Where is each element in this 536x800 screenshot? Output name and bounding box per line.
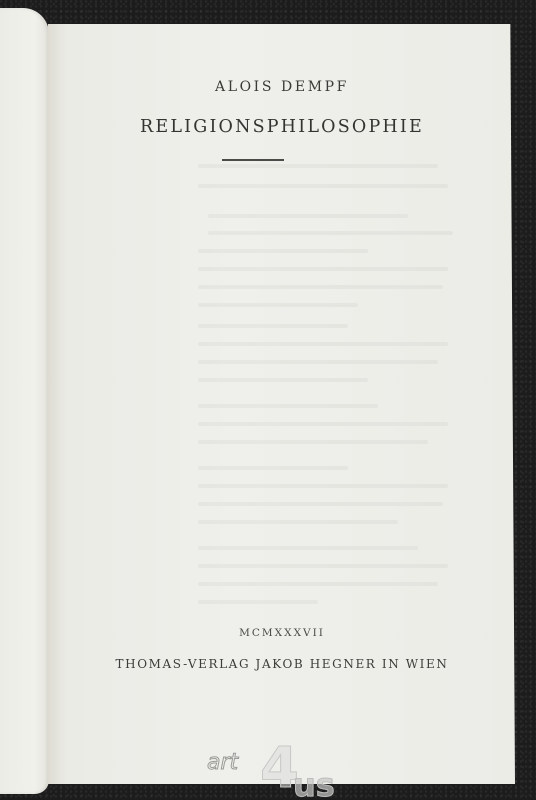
publisher-imprint: THOMAS-VERLAG JAKOB HEGNER IN WIEN bbox=[28, 657, 536, 671]
watermark-us: us bbox=[293, 766, 335, 800]
watermark-art: art bbox=[207, 750, 238, 775]
book-title: RELIGIONSPHILOSOPHIE bbox=[28, 117, 536, 137]
watermark-logo: art 4 us bbox=[205, 742, 335, 800]
publication-year: MCMXXXVII bbox=[28, 627, 536, 639]
author-name: ALOIS DEMPF bbox=[28, 79, 536, 95]
title-divider bbox=[222, 159, 284, 161]
